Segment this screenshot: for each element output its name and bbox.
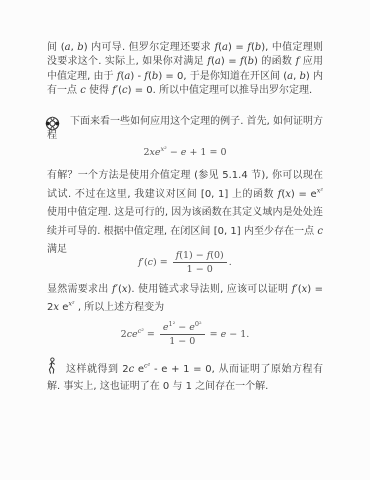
paragraph-conclusion-block: 这样就得到 2c ec² - e + 1 = 0, 从而证明了原始方程有解. 事…	[47, 361, 323, 395]
fraction: e1² − e0²1 − 0	[160, 322, 205, 347]
paragraph-conclusion-text: 这样就得到 2c ec² - e + 1 = 0, 从而证明了原始方程有解. 事…	[47, 364, 323, 392]
fraction-numerator: e1² − e0²	[160, 322, 205, 335]
lifebuoy-icon	[45, 116, 60, 131]
fraction-denominator: 1 − 0	[173, 263, 227, 275]
formula-original-equation: 2xex² − e + 1 = 0	[47, 147, 323, 159]
formula-tail: .	[229, 257, 232, 268]
walking-person-icon	[46, 357, 58, 376]
paragraph-mvt-implies-rolle: 间 (a, b) 内可导. 但罗尔定理还要求 f(a) = f(b), 中值定理…	[47, 41, 323, 99]
formula-rhs: = e − 1.	[207, 329, 250, 340]
formula-substituted-equation: 2cec² = e1² − e0²1 − 0 = e − 1.	[47, 322, 323, 347]
paragraph-example-intro-block: 下面来看一些如何应用这个定理的例子. 首先, 如何证明方程	[47, 115, 323, 144]
formula-lhs: 2cec² =	[121, 329, 158, 340]
fraction: f(1) − f(0)1 − 0	[173, 250, 227, 275]
fraction-denominator: 1 − 0	[160, 335, 205, 347]
paragraph-chain-rule: 显然需要求出 f′(x). 使用链式求导法则, 应该可以证明 f′(x) = 2…	[47, 281, 323, 317]
paragraph-method-ivt-mvt: 有解？一个方法是使用介值定理 (参见 5.1.4 节), 你可以现在试试. 不过…	[47, 167, 323, 260]
fraction-numerator: f(1) − f(0)	[173, 250, 227, 263]
paragraph-example-intro-text: 下面来看一些如何应用这个定理的例子. 首先, 如何证明方程	[47, 116, 323, 141]
formula-mvt-quotient: f′(c) = f(1) − f(0)1 − 0.	[47, 250, 323, 275]
formula-lhs: f′(c) =	[138, 257, 170, 268]
book-page: 间 (a, b) 内可导. 但罗尔定理还要求 f(a) = f(b), 中值定理…	[0, 0, 370, 480]
page-content: 间 (a, b) 内可导. 但罗尔定理还要求 f(a) = f(b), 中值定理…	[47, 0, 323, 480]
